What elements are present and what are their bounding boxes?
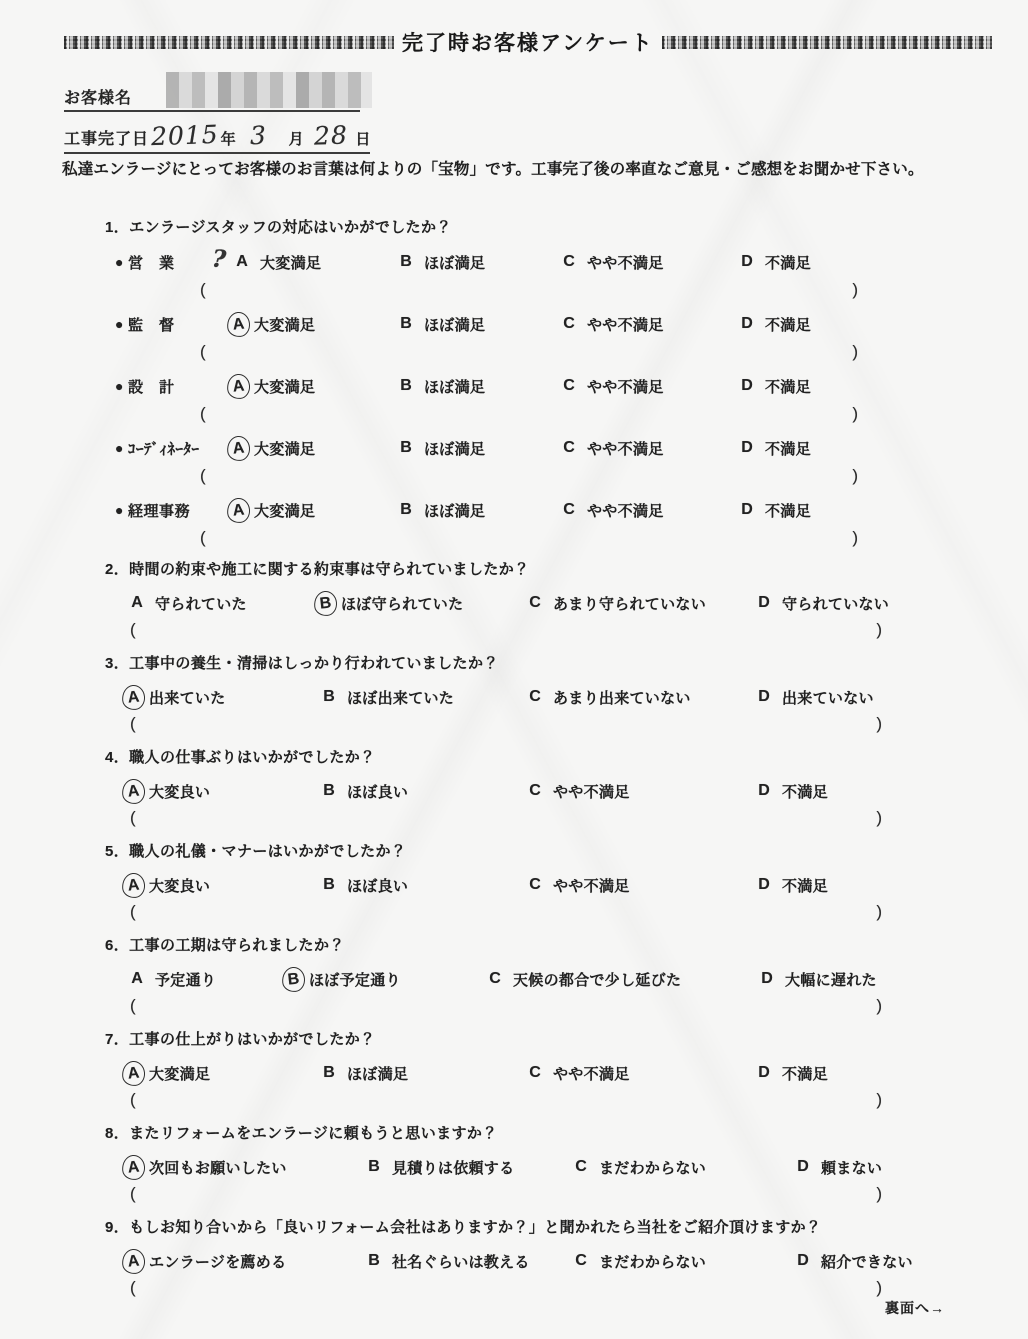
option-a: A大変満足 [233, 314, 397, 335]
option-label: 大変良い [149, 875, 210, 896]
customer-name-label: お客様名 [64, 85, 132, 108]
bullet-icon: ● [115, 316, 124, 332]
q1-row-accounting: ● 経理事務 A大変満足 Bほぼ満足 Cやや不満足 D不満足 [115, 498, 1028, 522]
open-paren: ( [200, 404, 206, 424]
option-label: やや不満足 [587, 376, 664, 397]
question-number: 6． [105, 937, 129, 954]
role-name: 設 計 [128, 376, 175, 397]
completion-date-field: 工事完了日 2015 年 3 月 28 日 [64, 116, 370, 154]
redacted-customer-name [166, 72, 372, 108]
option-label: ほぼ良い [347, 781, 408, 802]
option-letter: C [560, 253, 578, 271]
options-row: A大変良い Bほぼ良い Cやや不満足 D不満足 [128, 779, 1028, 803]
option-letter: A [121, 1247, 146, 1274]
option-a: A大変満足 [233, 500, 397, 521]
option-label: ほぼ守られていた [341, 593, 463, 614]
options-row: A出来ていた Bほぼ出来ていた Cあまり出来ていない D出来ていない [128, 685, 1028, 709]
option-d: D紹介できない [794, 1251, 913, 1272]
option-d: D不満足 [738, 438, 811, 459]
option-c: Cやや不満足 [526, 875, 755, 896]
option-letter: D [738, 253, 756, 271]
staff-role-label: ● 設 計 [115, 376, 233, 397]
option-b: Bほぼ良い [320, 875, 526, 896]
option-label: ほぼ満足 [424, 252, 485, 273]
option-label: ほぼ満足 [424, 376, 485, 397]
option-b: B社名ぐらいは教える [365, 1251, 572, 1272]
option-letter: A [121, 777, 146, 804]
option-label: ほぼ満足 [424, 500, 485, 521]
question-number: 3． [105, 655, 129, 672]
option-d: D守られていない [755, 593, 889, 614]
options-row: Aエンラージを薦める B社名ぐらいは教える Cまだわからない D紹介できない [128, 1249, 1028, 1273]
option-b: Bほぼ出来ていた [320, 687, 526, 708]
option-label: ほぼ満足 [347, 1063, 408, 1084]
option-label: あまり出来ていない [553, 687, 691, 708]
comment-parens: () [130, 996, 882, 1016]
question-number: 8． [105, 1125, 129, 1142]
open-paren: ( [130, 714, 136, 734]
option-c: Cあまり出来ていない [526, 687, 755, 708]
option-letter: B [365, 1158, 383, 1176]
option-label: ほぼ予定通り [309, 969, 401, 990]
back-page-note: 裏面へ→ [885, 1298, 945, 1318]
open-paren: ( [130, 1090, 136, 1110]
option-b: Bほぼ守られていた [320, 593, 526, 614]
option-label: 大変満足 [254, 376, 315, 397]
option-a: A守られていた [128, 593, 320, 614]
day-suffix: 日 [355, 128, 370, 149]
option-a: A大変満足 [233, 376, 397, 397]
option-a: A大変満足 [233, 252, 397, 273]
question-number: 2． [105, 561, 129, 578]
option-c: Cやや不満足 [560, 500, 738, 521]
staff-role-label: ● ｺｰﾃﾞｨﾈｰﾀｰ [115, 438, 233, 459]
option-c: Cやや不満足 [560, 252, 738, 273]
completion-date-label: 工事完了日 [64, 126, 149, 149]
option-label: 不満足 [765, 438, 811, 459]
option-letter: B [320, 782, 338, 800]
option-b: Bほぼ満足 [397, 376, 560, 397]
option-letter: C [526, 688, 544, 706]
option-label: 大変満足 [149, 1063, 210, 1084]
option-letter: C [526, 876, 544, 894]
option-letter: C [560, 501, 578, 519]
option-letter: B [365, 1252, 383, 1270]
question-number: 5． [105, 843, 129, 860]
option-label: 不満足 [782, 1063, 828, 1084]
option-c: Cあまり守られていない [526, 593, 755, 614]
option-letter: C [526, 594, 544, 612]
option-b: B見積りは依頼する [365, 1157, 572, 1178]
option-letter: C [560, 377, 578, 395]
option-label: 大変良い [149, 781, 210, 802]
staff-role-label: ● 営 業 ? [115, 252, 233, 273]
question-2: 2．時間の約束や施工に関する約束事は守られていましたか？ A守られていた Bほぼ… [0, 558, 1028, 640]
option-label: 大幅に遅れた [785, 969, 877, 990]
option-label: エンラージを薦める [149, 1251, 286, 1272]
q1-row-design: ● 設 計 A大変満足 Bほぼ満足 Cやや不満足 D不満足 [115, 374, 1028, 398]
option-label: 紹介できない [821, 1251, 913, 1272]
option-letter: D [755, 688, 773, 706]
option-a: A予定通り [128, 969, 288, 990]
role-name: ｺｰﾃﾞｨﾈｰﾀｰ [128, 438, 200, 459]
question-title: 工事の仕上がりはいかがでしたか？ [129, 1031, 375, 1048]
bullet-icon: ● [115, 502, 124, 518]
option-label: 大変満足 [254, 438, 315, 459]
comment-parens: () [130, 808, 882, 828]
year-suffix: 年 [221, 128, 236, 149]
option-label: やや不満足 [553, 781, 630, 802]
open-paren: ( [200, 466, 206, 486]
question-number: 9． [105, 1219, 129, 1236]
question-title: またリフォームをエンラージに頼もうと思いますか？ [129, 1125, 498, 1142]
comment-parens: () [130, 1090, 882, 1110]
close-paren: ) [876, 996, 882, 1016]
option-b: Bほぼ満足 [397, 438, 560, 459]
question-title: 工事中の養生・清掃はしっかり行われていましたか？ [129, 655, 499, 672]
staff-role-label: ● 経理事務 [115, 500, 233, 521]
option-b: Bほぼ良い [320, 781, 526, 802]
intro-text: 私達エンラージにとってお客様のお言葉は何よりの「宝物」です。工事完了後の率直なご… [62, 157, 982, 179]
option-letter: D [755, 594, 773, 612]
question-text: 4．職人の仕事ぶりはいかがでしたか？ [105, 746, 1028, 768]
option-label: 不満足 [765, 252, 811, 273]
option-c: Cやや不満足 [560, 314, 738, 335]
option-letter: C [486, 970, 504, 988]
question-number: 4． [105, 749, 129, 766]
options-row: A予定通り Bほぼ予定通り C天候の都合で少し延びた D大幅に遅れた [128, 967, 1028, 991]
bullet-icon: ● [115, 440, 124, 456]
option-label: 不満足 [765, 314, 811, 335]
option-letter: C [526, 782, 544, 800]
comment-parens: () [130, 620, 882, 640]
option-letter: D [758, 970, 776, 988]
option-c: Cやや不満足 [526, 1063, 755, 1084]
role-name: 営 業 [128, 252, 175, 273]
option-d: D大幅に遅れた [758, 969, 877, 990]
option-c: Cまだわからない [572, 1251, 794, 1272]
open-paren: ( [130, 620, 136, 640]
open-paren: ( [130, 902, 136, 922]
handwritten-year: 2015 [151, 120, 220, 151]
question-7: 7．工事の仕上がりはいかがでしたか？ A大変満足 Bほぼ満足 Cやや不満足 D不… [0, 1028, 1028, 1110]
option-label: やや不満足 [587, 252, 664, 273]
option-letter: A [121, 871, 146, 898]
close-paren: ) [876, 1278, 882, 1298]
option-letter: D [755, 876, 773, 894]
option-letter: B [397, 253, 415, 271]
option-letter: B [397, 439, 415, 457]
option-d: D頼まない [794, 1157, 882, 1178]
question-text: 8．またリフォームをエンラージに頼もうと思いますか？ [105, 1122, 1028, 1144]
option-label: 不満足 [782, 875, 828, 896]
option-label: ほぼ良い [347, 875, 408, 896]
option-b: Bほぼ満足 [320, 1063, 526, 1084]
option-label: 不満足 [782, 781, 828, 802]
question-text: 9．もしお知り合いから「良いリフォーム会社はありますか？」と聞かれたら当社をご紹… [105, 1216, 1028, 1238]
option-label: まだわからない [599, 1251, 706, 1272]
scanned-survey-page: 完了時お客様アンケート お客様名 工事完了日 2015 年 3 月 28 日 私… [0, 0, 1028, 1339]
question-5: 5．職人の礼儀・マナーはいかがでしたか？ A大変良い Bほぼ良い Cやや不満足 … [0, 840, 1028, 922]
option-letter: B [397, 501, 415, 519]
question-text: 6．工事の工期は守られましたか？ [105, 934, 1028, 956]
question-text: 7．工事の仕上がりはいかがでしたか？ [105, 1028, 1028, 1050]
option-label: 大変満足 [254, 500, 315, 521]
role-name: 経理事務 [128, 500, 190, 521]
option-label: ほぼ出来ていた [347, 687, 454, 708]
open-paren: ( [130, 996, 136, 1016]
option-letter: A [233, 253, 251, 271]
close-paren: ) [852, 280, 858, 300]
role-name: 監 督 [128, 314, 175, 335]
option-c: Cまだわからない [572, 1157, 794, 1178]
comment-parens: () [200, 404, 858, 424]
option-a: A次回もお願いしたい [128, 1157, 365, 1178]
comment-parens: () [130, 1278, 882, 1298]
option-letter: D [794, 1252, 812, 1270]
bullet-icon: ● [115, 254, 124, 270]
option-letter: B [320, 876, 338, 894]
option-c: C天候の都合で少し延びた [486, 969, 758, 990]
option-label: やや不満足 [587, 314, 664, 335]
option-letter: C [572, 1252, 590, 1270]
option-letter: B [397, 377, 415, 395]
option-letter: C [526, 1064, 544, 1082]
question-6: 6．工事の工期は守られましたか？ A予定通り Bほぼ予定通り C天候の都合で少し… [0, 934, 1028, 1016]
question-title: 工事の工期は守られましたか？ [129, 937, 345, 954]
option-label: やや不満足 [553, 1063, 630, 1084]
option-letter: A [128, 594, 146, 612]
page-title: 完了時お客様アンケート [402, 27, 654, 57]
option-letter: D [738, 439, 756, 457]
question-1-text: 1．エンラージスタッフの対応はいかがでしたか？ [105, 216, 1028, 238]
option-letter: A [121, 1059, 146, 1086]
title-bar: 完了時お客様アンケート [64, 27, 978, 57]
option-d: D不満足 [738, 376, 811, 397]
comment-parens: () [200, 466, 858, 486]
option-letter: D [738, 315, 756, 333]
open-paren: ( [130, 1184, 136, 1204]
option-label: 守られていない [782, 593, 889, 614]
decorative-noise-strip-right [662, 36, 992, 49]
close-paren: ) [852, 528, 858, 548]
option-b: Bほぼ満足 [397, 500, 560, 521]
question-title: 職人の仕事ぶりはいかがでしたか？ [129, 749, 375, 766]
handwritten-month: 3 [249, 121, 267, 151]
close-paren: ) [876, 1090, 882, 1110]
options-row: A守られていた Bほぼ守られていた Cあまり守られていない D守られていない [128, 591, 1028, 615]
option-label: 大変満足 [254, 314, 315, 335]
option-label: ほぼ満足 [424, 314, 485, 335]
option-letter: C [572, 1158, 590, 1176]
question-title: エンラージスタッフの対応はいかがでしたか？ [129, 219, 452, 236]
option-letter: B [320, 1064, 338, 1082]
question-4: 4．職人の仕事ぶりはいかがでしたか？ A大変良い Bほぼ良い Cやや不満足 D不… [0, 746, 1028, 828]
question-text: 2．時間の約束や施工に関する約束事は守られていましたか？ [105, 558, 1028, 580]
open-paren: ( [130, 808, 136, 828]
option-label: 守られていた [155, 593, 247, 614]
option-letter: B [397, 315, 415, 333]
option-label: 天候の都合で少し延びた [513, 969, 681, 990]
option-label: 見積りは依頼する [392, 1157, 514, 1178]
option-letter: D [794, 1158, 812, 1176]
q1-row-sales: ● 営 業 ? A大変満足 Bほぼ満足 Cやや不満足 D不満足 [115, 250, 1028, 274]
option-a: A大変良い [128, 875, 320, 896]
option-label: 不満足 [765, 500, 811, 521]
handwritten-question-mark: ? [211, 243, 228, 273]
questions-2-9: 2．時間の約束や施工に関する約束事は守られていましたか？ A守られていた Bほぼ… [0, 558, 1028, 1298]
close-paren: ) [852, 466, 858, 486]
option-letter: D [755, 1064, 773, 1082]
option-label: 次回もお願いしたい [149, 1157, 287, 1178]
q1-row-supervisor: ● 監 督 A大変満足 Bほぼ満足 Cやや不満足 D不満足 [115, 312, 1028, 336]
option-label: ほぼ満足 [424, 438, 485, 459]
comment-parens: () [130, 902, 882, 922]
staff-role-label: ● 監 督 [115, 314, 233, 335]
options-row: A大変良い Bほぼ良い Cやや不満足 D不満足 [128, 873, 1028, 897]
option-label: 社名ぐらいは教える [392, 1251, 530, 1272]
option-b: Bほぼ満足 [397, 252, 560, 273]
customer-name-field: お客様名 [64, 80, 360, 112]
open-paren: ( [200, 342, 206, 362]
close-paren: ) [852, 342, 858, 362]
question-title: もしお知り合いから「良いリフォーム会社はありますか？」と聞かれたら当社をご紹介頂… [129, 1219, 821, 1236]
option-label: 頼まない [821, 1157, 882, 1178]
option-b: Bほぼ満足 [397, 314, 560, 335]
option-letter: A [121, 1153, 146, 1180]
option-a: A大変満足 [128, 1063, 320, 1084]
option-label: あまり守られていない [553, 593, 706, 614]
question-1: 1．エンラージスタッフの対応はいかがでしたか？ ● 営 業 ? A大変満足 Bほ… [0, 216, 1028, 548]
option-letter: A [128, 970, 146, 988]
option-letter: C [560, 439, 578, 457]
q1-row-coordinator: ● ｺｰﾃﾞｨﾈｰﾀｰ A大変満足 Bほぼ満足 Cやや不満足 D不満足 [115, 436, 1028, 460]
option-c: Cやや不満足 [560, 438, 738, 459]
option-a: A大変良い [128, 781, 320, 802]
close-paren: ) [876, 902, 882, 922]
completion-date-line: 工事完了日 2015 年 3 月 28 日 [64, 121, 370, 150]
option-d: D不満足 [755, 781, 828, 802]
open-paren: ( [200, 528, 206, 548]
bullet-icon: ● [115, 378, 124, 394]
close-paren: ) [876, 808, 882, 828]
option-a: A大変満足 [233, 438, 397, 459]
option-label: やや不満足 [587, 500, 664, 521]
decorative-noise-strip-left [64, 36, 394, 49]
option-d: D不満足 [738, 252, 811, 273]
option-b: Bほぼ予定通り [288, 969, 486, 990]
options-row: A次回もお願いしたい B見積りは依頼する Cまだわからない D頼まない [128, 1155, 1028, 1179]
question-9: 9．もしお知り合いから「良いリフォーム会社はありますか？」と聞かれたら当社をご紹… [0, 1216, 1028, 1298]
question-number: 1． [105, 219, 129, 236]
handwritten-day: 28 [313, 120, 348, 150]
option-label: 不満足 [765, 376, 811, 397]
open-paren: ( [200, 280, 206, 300]
option-d: D不満足 [738, 500, 811, 521]
option-letter: D [755, 782, 773, 800]
comment-parens: () [200, 528, 858, 548]
option-letter: A [121, 683, 146, 710]
question-8: 8．またリフォームをエンラージに頼もうと思いますか？ A次回もお願いしたい B見… [0, 1122, 1028, 1204]
option-c: Cやや不満足 [560, 376, 738, 397]
question-title: 職人の礼儀・マナーはいかがでしたか？ [129, 843, 406, 860]
option-label: 出来ていた [149, 687, 226, 708]
option-d: D不満足 [738, 314, 811, 335]
question-title: 時間の約束や施工に関する約束事は守られていましたか？ [129, 561, 529, 578]
comment-parens: () [200, 280, 858, 300]
option-d: D出来ていない [755, 687, 874, 708]
close-paren: ) [876, 714, 882, 734]
question-text: 3．工事中の養生・清掃はしっかり行われていましたか？ [105, 652, 1028, 674]
option-d: D不満足 [755, 875, 828, 896]
comment-parens: () [130, 1184, 882, 1204]
close-paren: ) [852, 404, 858, 424]
options-row: A大変満足 Bほぼ満足 Cやや不満足 D不満足 [128, 1061, 1028, 1085]
option-label: 予定通り [155, 969, 216, 990]
option-label: やや不満足 [553, 875, 630, 896]
option-label: まだわからない [599, 1157, 706, 1178]
option-letter: D [738, 377, 756, 395]
option-label: やや不満足 [587, 438, 664, 459]
option-letter: D [738, 501, 756, 519]
option-letter: C [560, 315, 578, 333]
option-c: Cやや不満足 [526, 781, 755, 802]
comment-parens: () [130, 714, 882, 734]
close-paren: ) [876, 620, 882, 640]
option-label: 出来ていない [782, 687, 874, 708]
option-letter: B [320, 688, 338, 706]
option-d: D不満足 [755, 1063, 828, 1084]
option-a: Aエンラージを薦める [128, 1251, 365, 1272]
close-paren: ) [876, 1184, 882, 1204]
open-paren: ( [130, 1278, 136, 1298]
option-label: 大変満足 [260, 252, 321, 273]
option-a: A出来ていた [128, 687, 320, 708]
question-text: 5．職人の礼儀・マナーはいかがでしたか？ [105, 840, 1028, 862]
question-number: 7． [105, 1031, 129, 1048]
month-suffix: 月 [289, 128, 304, 149]
question-3: 3．工事中の養生・清掃はしっかり行われていましたか？ A出来ていた Bほぼ出来て… [0, 652, 1028, 734]
comment-parens: () [200, 342, 858, 362]
